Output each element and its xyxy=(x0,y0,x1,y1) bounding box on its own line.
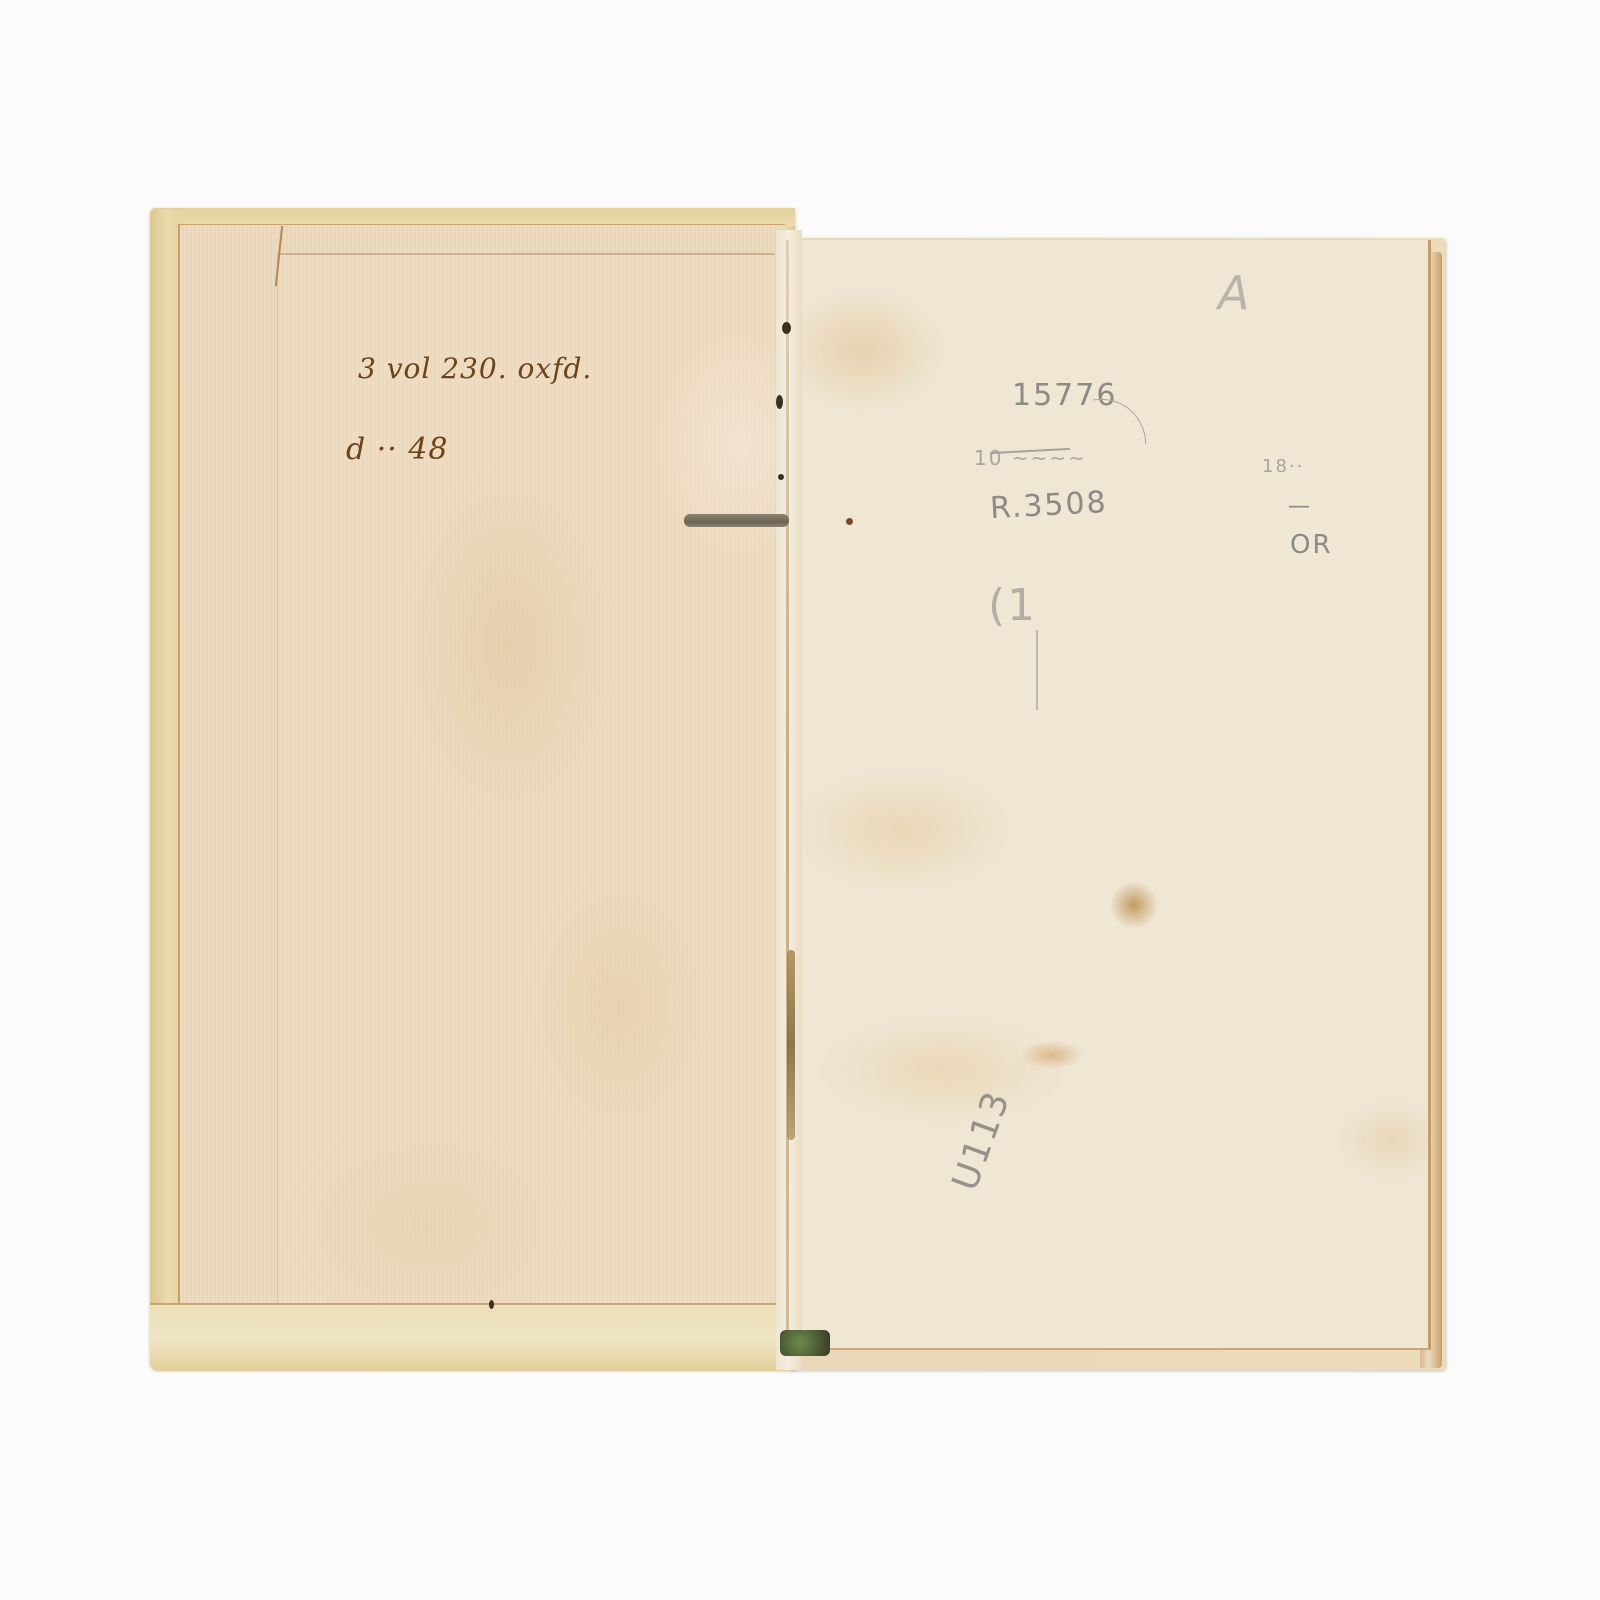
pencil-vertical-line xyxy=(1036,630,1038,710)
pencil-faint-date: 18·· xyxy=(1262,456,1304,477)
sewing-hole xyxy=(846,518,853,525)
gutter-fold xyxy=(786,240,789,1350)
ink-blot xyxy=(489,1300,494,1309)
pencil-or-mark: OR xyxy=(1290,530,1333,560)
sewing-cord xyxy=(787,950,795,1140)
vellum-turn-in-bottom xyxy=(150,1303,790,1371)
pencil-bracket-mark: (1 xyxy=(988,580,1037,631)
pencil-shelf-mark: R.3508 xyxy=(989,485,1108,526)
sewing-hole xyxy=(778,474,784,480)
pastedown-panel xyxy=(277,253,775,1307)
vellum-turn-in-left xyxy=(150,210,180,1370)
sewing-hole xyxy=(782,322,791,334)
headband xyxy=(780,1330,830,1356)
ink-shelf-note: 3 vol 230. oxfd. xyxy=(358,352,592,385)
sewing-hole xyxy=(776,395,783,409)
open-book: 3 vol 230. oxfd. d ·· 48 15776 10 ~~~~ R… xyxy=(0,0,1600,1600)
pencil-dash: — xyxy=(1288,494,1312,519)
left-pastedown xyxy=(178,224,785,1333)
pencil-loop-letter: A xyxy=(1218,266,1251,320)
ink-shelf-number: d ·· 48 xyxy=(346,432,449,467)
sewing-thread xyxy=(684,514,789,527)
